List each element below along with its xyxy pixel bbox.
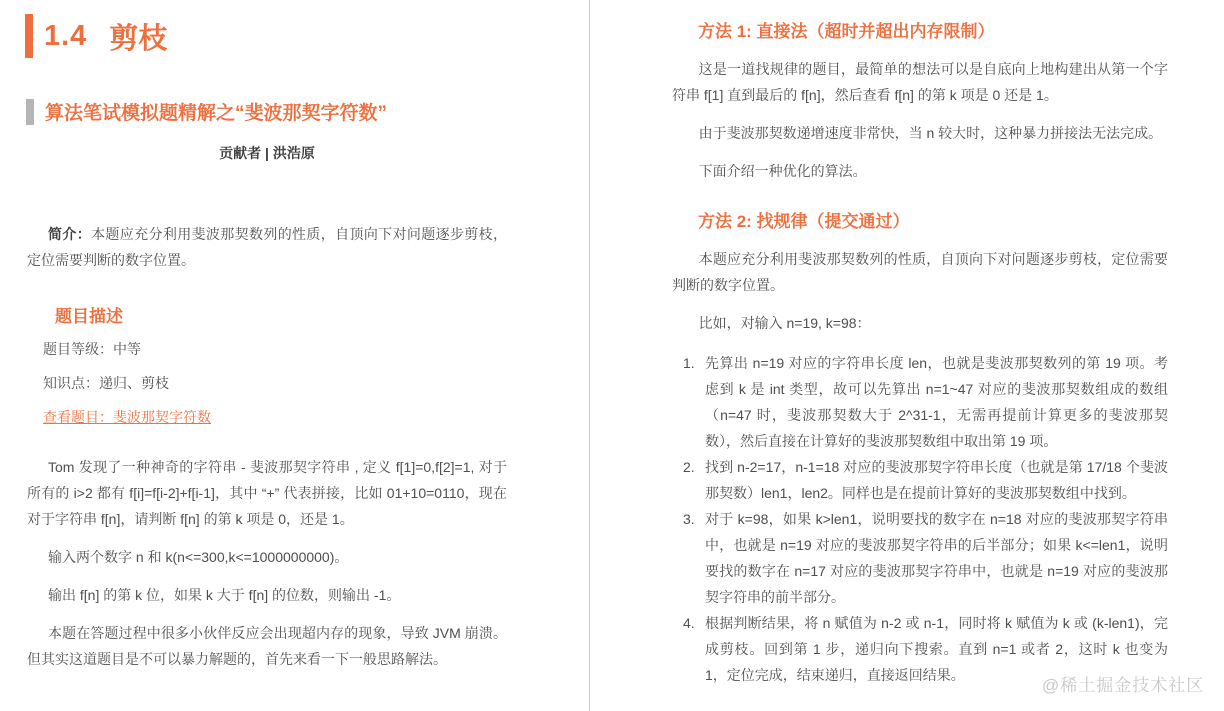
method1-paragraph-3: 下面介绍一种优化的算法。 bbox=[672, 158, 1168, 184]
article-title-text: 算法笔试模拟题精解之“斐波那契字符数” bbox=[45, 98, 387, 125]
method2-paragraph-1: 本题应充分利用斐波那契数列的性质，自顶向下对问题逐步剪枝，定位需要判断的数字位置… bbox=[672, 246, 1168, 298]
method1-paragraph-1: 这是一道找规律的题目，最简单的想法可以是自底向上地构建出从第一个字符串 f[1]… bbox=[672, 56, 1168, 108]
article-accent-bar bbox=[26, 99, 34, 125]
method2-paragraph-2: 比如，对输入 n=19, k=98： bbox=[672, 310, 1168, 336]
view-problem-link[interactable]: 查看题目：斐波那契字符数 bbox=[43, 409, 211, 425]
watermark: @稀土掘金技术社区 bbox=[1042, 671, 1204, 696]
problem-paragraph-1: Tom 发现了一种神奇的字符串 - 斐波那契字符串 , 定义 f[1]=0,f[… bbox=[27, 454, 507, 532]
contributor-line: 贡献者 | 洪浩原 bbox=[27, 145, 507, 161]
problem-paragraph-3: 输出 f[n] 的第 k 位，如果 k 大于 f[n] 的位数，则输出 -1。 bbox=[27, 582, 507, 608]
problem-paragraph-4: 本题在答题过程中很多小伙伴反应会出现超内存的现象，导致 JVM 崩溃。但其实这道… bbox=[27, 620, 507, 672]
intro-text: 本题应充分利用斐波那契数列的性质，自顶向下对问题逐步剪枝，定位需要判断的数字位置… bbox=[27, 226, 507, 268]
left-page: 1.4 剪枝 算法笔试模拟题精解之“斐波那契字符数” 贡献者 | 洪浩原 简介：… bbox=[27, 0, 507, 672]
method1-paragraph-2: 由于斐波那契数递增速度非常快，当 n 较大时，这种暴力拼接法无法完成。 bbox=[672, 120, 1168, 146]
step-item-2: 找到 n-2=17，n-1=18 对应的斐波那契字符串长度（也就是第 17/18… bbox=[705, 454, 1168, 506]
step-item-1: 先算出 n=19 对应的字符串长度 len，也就是斐波那契数列的第 19 项。考… bbox=[705, 350, 1168, 454]
intro-paragraph: 简介：本题应充分利用斐波那契数列的性质，自顶向下对问题逐步剪枝，定位需要判断的数… bbox=[27, 221, 507, 273]
steps-list: 先算出 n=19 对应的字符串长度 len，也就是斐波那契数列的第 19 项。考… bbox=[672, 350, 1168, 688]
article-title: 算法笔试模拟题精解之“斐波那契字符数” bbox=[26, 98, 507, 125]
column-divider bbox=[589, 0, 590, 711]
section-heading-method2: 方法 2: 找规律（提交通过） bbox=[698, 212, 1168, 232]
chapter-title: 1.4 剪枝 bbox=[25, 14, 507, 58]
chapter-name: 剪枝 bbox=[109, 16, 167, 57]
chapter-number: 1.4 bbox=[44, 20, 87, 53]
section-heading-method1: 方法 1: 直接法（超时并超出内存限制） bbox=[698, 22, 1168, 42]
problem-paragraph-2: 输入两个数字 n 和 k(n<=300,k<=1000000000)。 bbox=[27, 544, 507, 570]
intro-label: 简介： bbox=[48, 226, 91, 242]
problem-level: 题目等级：中等 bbox=[43, 336, 507, 362]
problem-knowledge: 知识点：递归、剪枝 bbox=[43, 370, 507, 396]
chapter-accent-bar bbox=[25, 14, 33, 58]
right-page: 方法 1: 直接法（超时并超出内存限制） 这是一道找规律的题目，最简单的想法可以… bbox=[672, 0, 1168, 688]
section-heading-problem: 题目描述 bbox=[55, 307, 507, 327]
step-item-3: 对于 k=98，如果 k>len1，说明要找的数字在 n=18 对应的斐波那契字… bbox=[705, 506, 1168, 610]
